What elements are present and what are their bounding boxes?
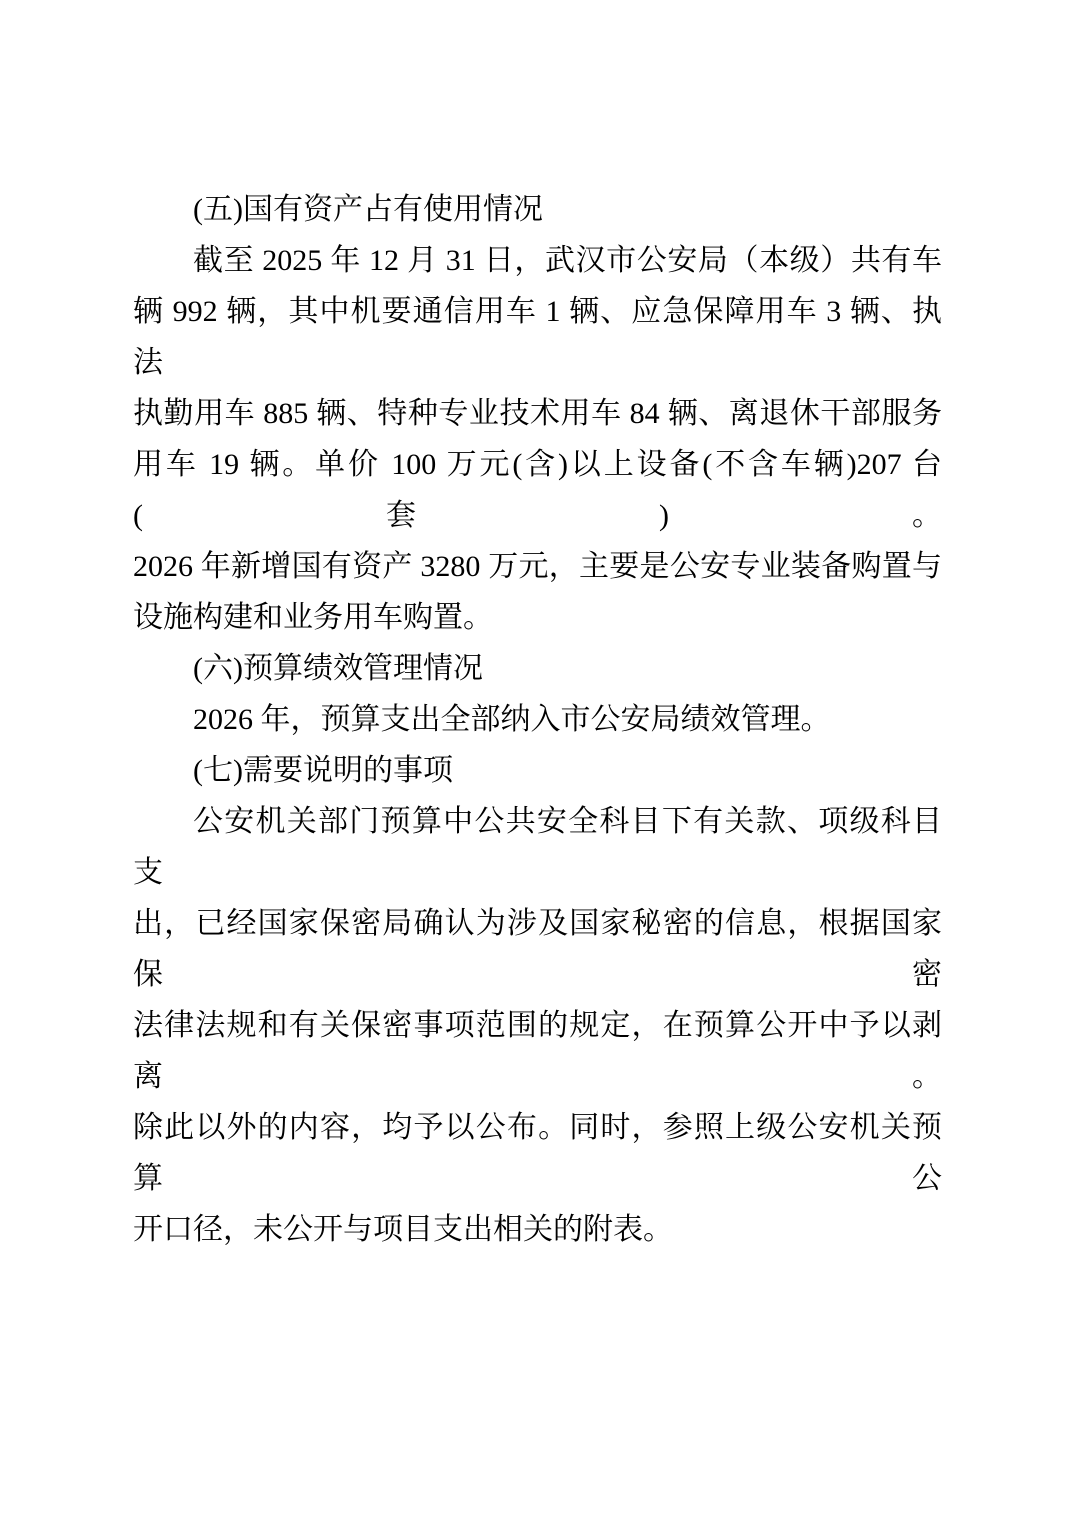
- paragraph-line: 出，已经国家保密局确认为涉及国家秘密的信息，根据国家保密: [133, 898, 942, 1000]
- section-heading-7: (七)需要说明的事项: [133, 745, 942, 796]
- section-heading-6: (六)预算绩效管理情况: [133, 643, 942, 694]
- paragraph-line: 用车 19 辆。单价 100 万元(含)以上设备(不含车辆)207 台(套)。: [133, 439, 942, 541]
- paragraph-line: 设施构建和业务用车购置。: [133, 592, 942, 643]
- paragraph-line: 截至 2025 年 12 月 31 日，武汉市公安局（本级）共有车: [133, 235, 942, 286]
- paragraph-line: 除此以外的内容，均予以公布。同时，参照上级公安机关预算公: [133, 1102, 942, 1204]
- paragraph-line: 开口径，未公开与项目支出相关的附表。: [133, 1204, 942, 1255]
- paragraph-line: 执勤用车 885 辆、特种专业技术用车 84 辆、离退休干部服务: [133, 388, 942, 439]
- section-heading-5: (五)国有资产占有使用情况: [133, 184, 942, 235]
- document-page: (五)国有资产占有使用情况 截至 2025 年 12 月 31 日，武汉市公安局…: [0, 0, 1074, 1520]
- paragraph-line: 法律法规和有关保密事项范围的规定，在预算公开中予以剥离。: [133, 1000, 942, 1102]
- paragraph-line: 公安机关部门预算中公共安全科目下有关款、项级科目支: [133, 796, 942, 898]
- paragraph-line: 2026 年，预算支出全部纳入市公安局绩效管理。: [133, 694, 942, 745]
- paragraph-line: 2026 年新增国有资产 3280 万元，主要是公安专业装备购置与: [133, 541, 942, 592]
- paragraph-line: 辆 992 辆，其中机要通信用车 1 辆、应急保障用车 3 辆、执法: [133, 286, 942, 388]
